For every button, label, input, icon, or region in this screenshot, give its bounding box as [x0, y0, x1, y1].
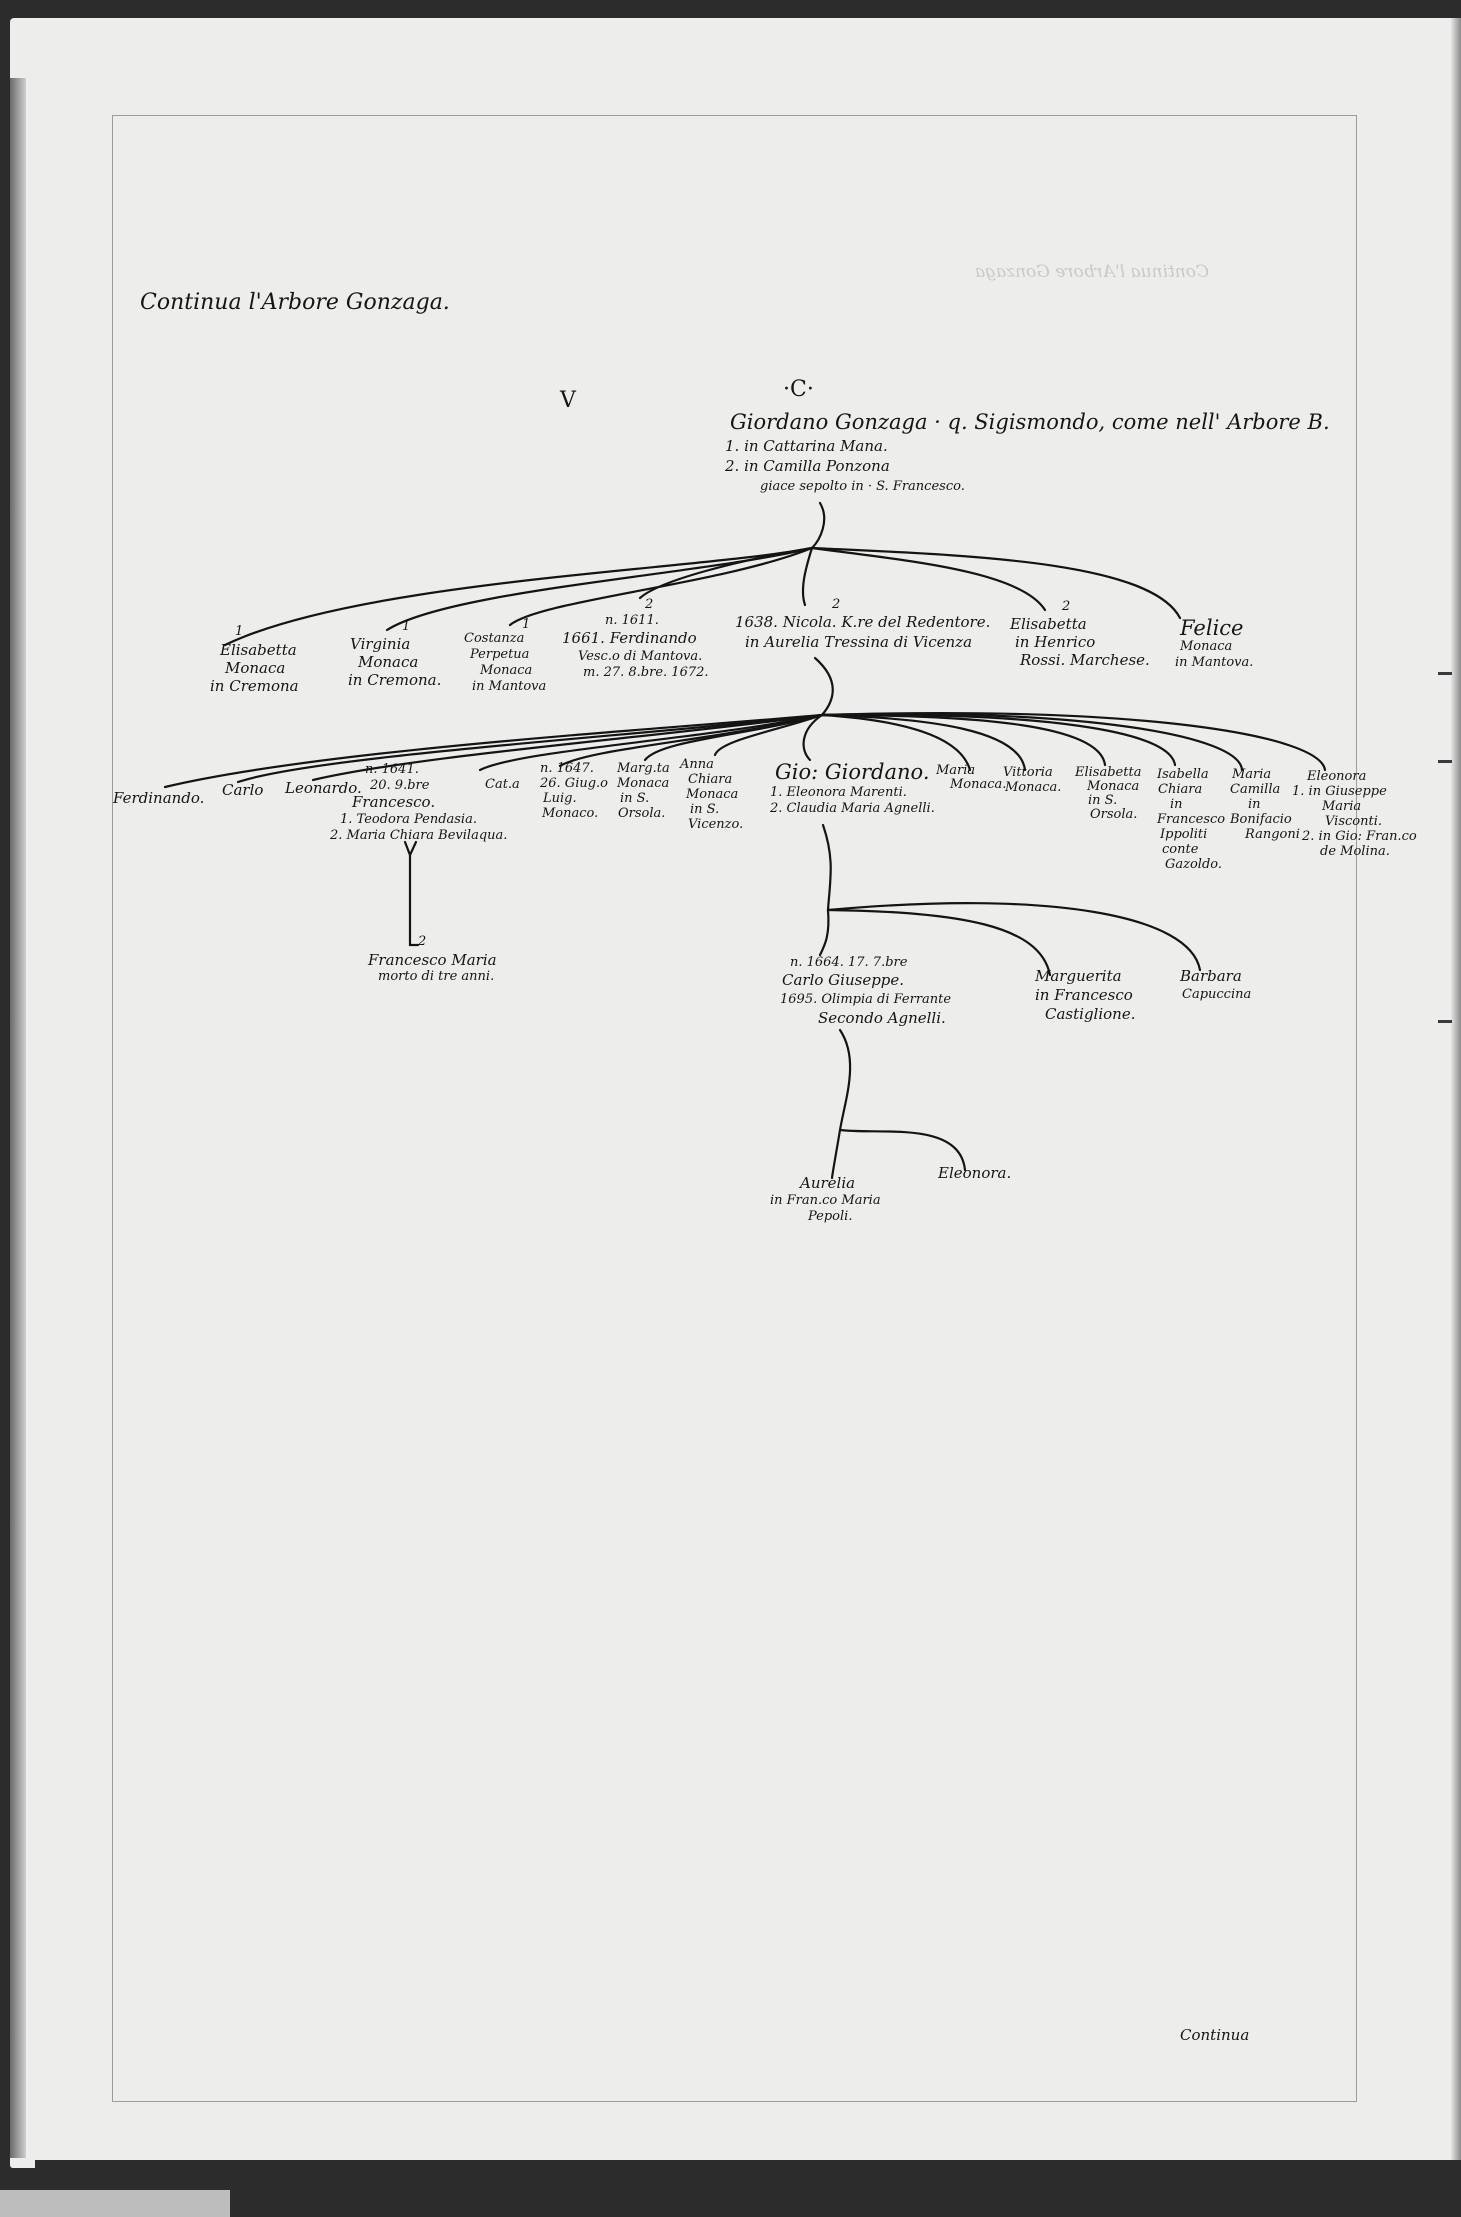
section-marker-v: V: [560, 388, 576, 413]
catchword-continua: Continua: [1180, 2027, 1249, 2044]
section-marker-c: ·C·: [783, 377, 814, 402]
document-heading: Continua l'Arbore Gonzaga.: [140, 290, 450, 315]
tree-connectors: [0, 0, 1461, 2217]
